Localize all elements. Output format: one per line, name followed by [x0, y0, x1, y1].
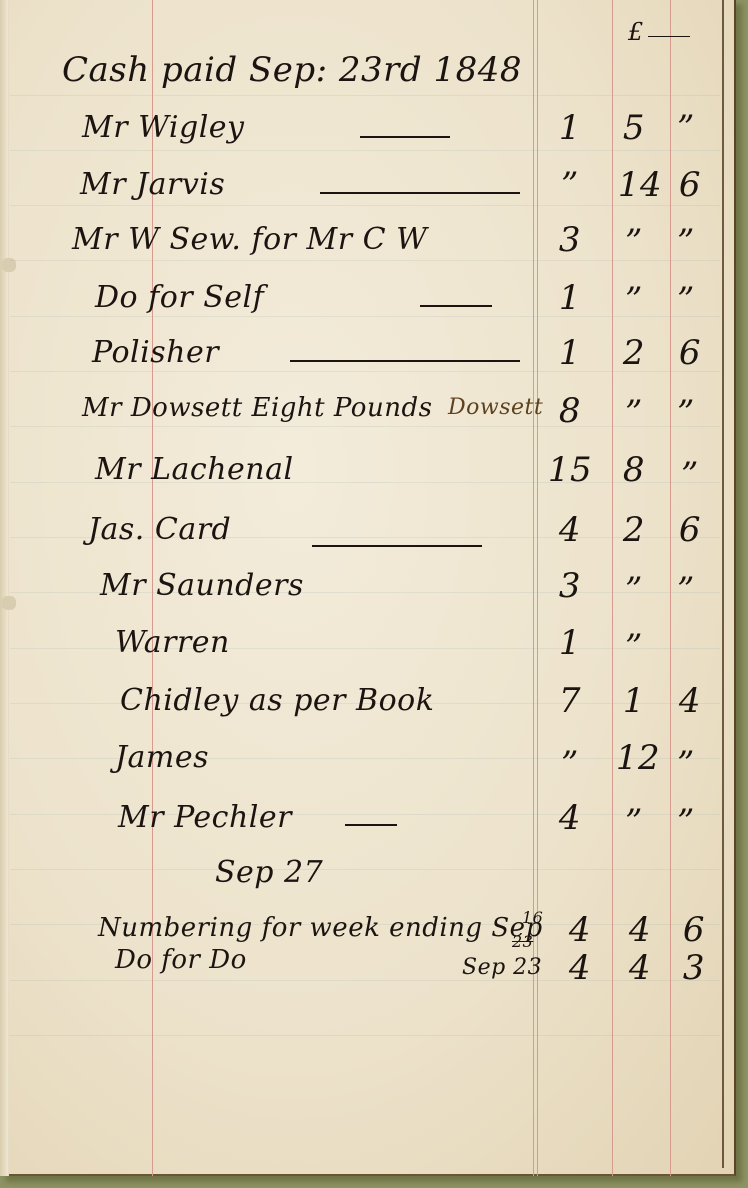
horizontal-rule [10, 1035, 720, 1036]
pounds: 4 [540, 510, 600, 550]
pounds: ” [540, 165, 600, 205]
payee: Do for Do [115, 945, 247, 975]
signature: Dowsett [448, 395, 543, 420]
pounds-column-line [533, 0, 534, 1176]
date-note: 16 [522, 908, 543, 927]
horizontal-rule [10, 150, 720, 151]
pence: 6 [660, 333, 720, 373]
shillings: 2 [604, 510, 664, 550]
date-note: Sep 23 [462, 955, 542, 980]
pence: ” [656, 393, 716, 433]
payee: Chidley as per Book [120, 683, 434, 718]
date-note-below: 23 [512, 932, 533, 951]
shillings: 5 [604, 108, 664, 148]
pounds: 4 [550, 910, 610, 950]
pence: 4 [660, 681, 720, 721]
pounds: 3 [540, 566, 600, 606]
shillings: 1 [604, 681, 664, 721]
pence: ” [656, 570, 716, 610]
pounds: 1 [540, 278, 600, 318]
horizontal-rule [10, 869, 720, 870]
payee: Mr Dowsett Eight Pounds [82, 393, 432, 423]
horizontal-rule [10, 205, 720, 206]
pence: ” [656, 108, 716, 148]
pounds: 1 [540, 333, 600, 373]
pounds: 8 [540, 391, 600, 431]
pounds: 1 [540, 108, 600, 148]
filler-dash [345, 824, 397, 826]
filler-dash [360, 136, 450, 138]
pounds: 4 [540, 798, 600, 838]
pence: ” [660, 455, 720, 495]
pence: 3 [664, 948, 724, 988]
header-dash [648, 36, 690, 37]
payee: Do for Self [95, 280, 264, 315]
shillings: ” [604, 570, 664, 610]
shillings: ” [604, 393, 664, 433]
payee: Jas. Card [88, 512, 231, 547]
pounds-column-line [537, 0, 538, 1176]
shillings: ” [604, 222, 664, 262]
payee: Numbering for week ending Sep [98, 913, 543, 943]
pounds: 1 [540, 623, 600, 663]
shillings: ” [604, 280, 664, 320]
payee: Mr Pechler [118, 800, 292, 835]
page-binding [0, 0, 9, 1176]
filler-dash [312, 545, 482, 547]
shillings: ” [604, 627, 664, 667]
pence: 6 [664, 910, 724, 950]
currency-header: £ [628, 18, 644, 46]
shillings: 4 [610, 948, 670, 988]
payee: Mr Wigley [82, 110, 245, 145]
pence: ” [656, 744, 716, 784]
payee: James [115, 740, 209, 775]
payee: Warren [115, 625, 230, 660]
payee: Mr Jarvis [80, 167, 225, 202]
pence: ” [656, 280, 716, 320]
ledger-page: Cash paid Sep: 23rd 1848 £ Mr Wigley 1 5… [0, 0, 736, 1176]
pence: 6 [660, 510, 720, 550]
page-edge [722, 0, 724, 1168]
date-subheading: Sep 27 [215, 855, 323, 890]
pounds: 15 [540, 450, 600, 490]
payee: Mr Saunders [100, 568, 304, 603]
pounds: 4 [550, 948, 610, 988]
pence: ” [656, 222, 716, 262]
pounds: 3 [540, 220, 600, 260]
ledger-heading: Cash paid Sep: 23rd 1848 [62, 50, 522, 90]
payee: Mr W Sew. for Mr C W [72, 222, 427, 257]
filler-dash [290, 360, 520, 362]
filler-dash [320, 192, 520, 194]
pounds: ” [540, 744, 600, 784]
torn-tab [2, 596, 16, 610]
shillings: ” [604, 802, 664, 842]
pence: 6 [660, 165, 720, 205]
pounds: 7 [540, 681, 600, 721]
payee: Mr Lachenal [95, 452, 294, 487]
pence: ” [656, 802, 716, 842]
payee: Polisher [92, 335, 219, 370]
shillings: 4 [610, 910, 670, 950]
filler-dash [420, 305, 492, 307]
horizontal-rule [10, 95, 720, 96]
shillings: 8 [604, 450, 664, 490]
shillings: 2 [604, 333, 664, 373]
